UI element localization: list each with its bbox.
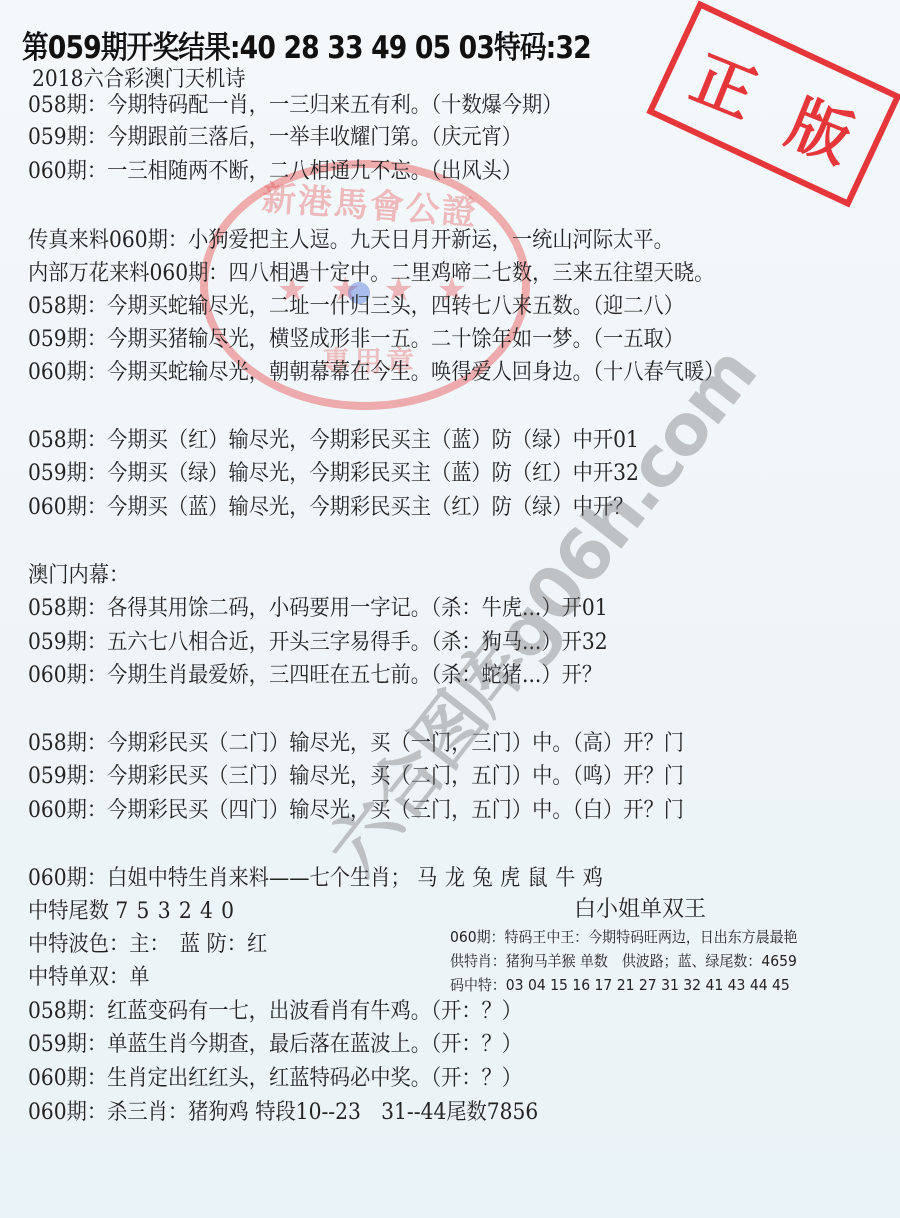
macau-line: 058期：各得其用馀二码，小码要用一字记。（杀：牛虎...）开01 (28, 595, 608, 623)
baijie-zodiac-label: 060期：白姐中特生肖来料——七个生肖； (28, 866, 411, 891)
final-line: 059期：单蓝生肖今期查，最后落在蓝波上。（开：？） (28, 1031, 522, 1059)
baijie-tail-label: 中特尾数 (28, 899, 115, 924)
color-line: 059期：今期买（绿）输尽光，今期彩民买主（蓝）防（红）中开32 (28, 460, 639, 488)
color-line: 058期：今期买（红）输尽光，今期彩民买主（蓝）防（绿）中开01 (28, 427, 639, 455)
baixiaojie-line: 060期：特码王中王：今期特码旺两边，日出东方晨最艳 (450, 926, 797, 948)
macau-line: 060期：今期生肖最爱娇，三四旺在五七前。（杀：蛇猪...）开？ (28, 662, 602, 690)
baijie-tail-row: 中特尾数 753240 (28, 898, 242, 926)
baijie-tail-digits: 753240 (115, 899, 242, 924)
door-line: 058期：今期彩民买（二门）输尽光，买（一门，三门）中。（高）开？门 (28, 730, 684, 758)
poem-line: 059期：今期跟前三落后，一举丰收耀门第。（庆元宵） (28, 124, 522, 152)
baijie-wave-line: 中特波色：主： 蓝 防：红 (28, 931, 267, 959)
baixiaojie-line: 供特肖：猪狗马羊猴 单数 供波路；蓝、绿尾数：4659 (450, 950, 797, 972)
lottery-page: 新港馬會公證 ★ ★ ★ ★ 專用章 正 版 第059期开奖结果:40 28 3… (0, 0, 900, 1218)
stamp-char-2: 版 (777, 74, 868, 180)
poem-line: 058期：今期特码配一肖，一三归来五有利。（十数爆今期） (28, 92, 563, 120)
fax-line: 传真来料060期：小狗爱把主人逗。九天日月开新运，一统山河际太平。 (28, 227, 674, 255)
final-line: 058期：红蓝变码有一七，出波看肖有牛鸡。（开：？） (28, 998, 522, 1026)
fax-line: 内部万花来料060期：四八相遇十定中。二里鸡啼二七数，三来五往望天晓。 (28, 260, 714, 288)
fax-line: 058期：今期买蛇输尽光，二址一什归三头，四转七八来五数。（迎二八） (28, 293, 684, 321)
final-line: 060期：生肖定出红红头，红蓝特码必中奖。（开：？） (28, 1065, 522, 1093)
door-line: 060期：今期彩民买（四门）输尽光，买（三门，五门）中。（白）开？门 (28, 797, 684, 825)
poem-line: 060期：一三相随两不断，二八相通九不忘。（出风头） (28, 158, 522, 186)
macau-line: 059期：五六七八相合近，开头三字易得手。（杀：狗马...）开32 (28, 629, 608, 657)
baijie-odd-even-line: 中特单双：单 (28, 964, 149, 992)
baixiaojie-line: 码中特：03 04 15 16 17 21 27 31 32 41 43 44 … (450, 974, 790, 996)
authentic-stamp: 正 版 (646, 0, 900, 207)
color-line: 060期：今期买（蓝）输尽光，今期彩民买主（红）防（绿）中开？ (28, 494, 633, 522)
baijie-zodiac-row: 060期：白姐中特生肖来料——七个生肖； 马龙兔虎鼠牛鸡 (28, 865, 610, 893)
fax-line: 059期：今期买猪输尽光，横竖成形非一五。二十馀年如一梦。（一五取） (28, 326, 684, 354)
baixiaojie-title: 白小姐单双王 (574, 892, 706, 923)
final-line: 060期：杀三肖：猪狗鸡 特段10--23 31--44尾数7856 (28, 1099, 538, 1127)
stamp-char-1: 正 (681, 29, 772, 135)
page-title: 第059期开奖结果:40 28 33 49 05 03特码:32 (22, 22, 591, 67)
macau-heading: 澳门内幕： (28, 562, 129, 590)
baijie-zodiac-list: 马龙兔虎鼠牛鸡 (417, 866, 610, 891)
fax-line: 060期：今期买蛇输尽光，朝朝幕幕在今生。唤得爱人回身边。（十八春气暖） (28, 359, 724, 387)
door-line: 059期：今期彩民买（三门）输尽光，买（二门，五门）中。（鸣）开？门 (28, 763, 684, 791)
subtitle: 2018六合彩澳门天机诗 (32, 66, 245, 94)
